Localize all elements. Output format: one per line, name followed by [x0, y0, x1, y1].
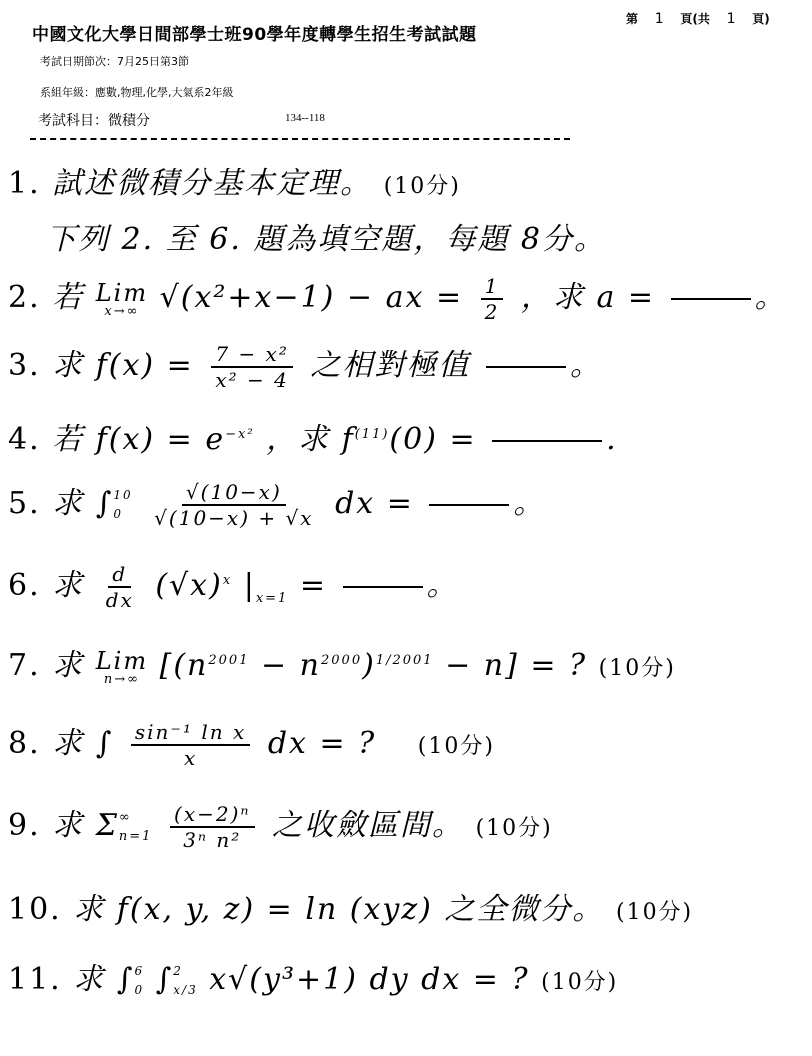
expression: − n: [249, 648, 321, 683]
denominator: √(10−x) + √x: [150, 506, 317, 530]
question-points: (10分): [384, 174, 461, 199]
upper-limit: 2: [173, 962, 197, 981]
exam-title: 中國文化大學日間部學士班90學年度轉學生招生考試試題: [32, 20, 477, 45]
upper-limit: 10: [113, 486, 132, 505]
question-number: 6.: [8, 568, 41, 603]
expression: 求 f(x) =: [52, 348, 194, 383]
fraction: 7 − x² x² − 4: [211, 342, 293, 392]
question-6: 6. 求 d dx (√x)x |x=1 = 。: [8, 560, 459, 612]
question-text: 求: [52, 648, 84, 683]
evaluation-bar: |: [244, 568, 256, 603]
question-text: 求: [52, 568, 84, 603]
header-divider: [30, 138, 570, 140]
sum-limits: ∞n=1: [119, 808, 153, 847]
page-info: 第 1 頁(共 1 頁): [626, 10, 770, 27]
limit-sub: n→∞: [104, 673, 140, 686]
numerator: √(10−x): [182, 480, 286, 506]
limit-label: Lim: [96, 649, 148, 673]
exponent: −x²: [225, 427, 254, 442]
numerator: 7 − x²: [211, 342, 293, 368]
integral-sign: ∫: [156, 962, 174, 997]
question-7: 7. 求 Lim n→∞ [(n2001 − n2000)1/2001 − n]…: [8, 640, 676, 686]
exam-subject: 考試科目：微積分: [38, 110, 150, 130]
fill-in-instruction: 下列 2. 至 6. 題為填空題，每題 8分。: [46, 214, 606, 258]
upper-limit: ∞: [119, 808, 153, 828]
denominator: x² − 4: [211, 368, 293, 392]
question-text: 之收斂區間。: [272, 808, 464, 843]
equals: =: [300, 568, 327, 603]
question-text: 試述微積分基本定理。: [52, 166, 372, 201]
derivative-fraction: d dx: [102, 562, 138, 612]
answer-blank: [429, 504, 509, 506]
question-10: 10. 求 f(x, y, z) = ln (xyz) 之全微分。 (10分): [8, 884, 693, 928]
question-points: (10分): [599, 656, 676, 681]
question-8: 8. 求 ∫ sin⁻¹ ln x x dx = ? (10分): [8, 718, 495, 770]
expression: (0) =: [389, 422, 476, 457]
question-text: 若: [52, 280, 84, 315]
exponent: x: [223, 573, 232, 588]
limit-label: Lim: [96, 281, 148, 305]
limit: Lim x→∞: [96, 281, 148, 318]
fraction: √(10−x) √(10−x) + √x: [150, 480, 317, 530]
question-5: 5. 求 ∫100 √(10−x) √(10−x) + √x dx = 。: [8, 478, 545, 530]
denominator: 3ⁿ n²: [179, 828, 245, 852]
answer-blank: [671, 298, 751, 300]
question-text: 之相對極值: [310, 348, 470, 383]
answer-blank: [343, 586, 423, 588]
integral-limits: 100: [113, 486, 132, 524]
lower-limit: n=1: [119, 827, 153, 847]
numerator: (x−2)ⁿ: [170, 802, 254, 828]
limit: Lim n→∞: [96, 649, 148, 686]
evaluation-point: x=1: [256, 591, 289, 606]
question-number: 11.: [8, 962, 62, 997]
integral-sign: 求 ∫: [73, 962, 134, 997]
expression: √(x²+x−1) − ax =: [160, 280, 463, 315]
question-points: (10分): [418, 734, 495, 759]
departments: 系組年級：應數,物理,化學,大氣系2年級: [40, 84, 234, 100]
expression: dx =: [335, 486, 414, 521]
question-3: 3. 求 f(x) = 7 − x² x² − 4 之相對極值 。: [8, 340, 602, 392]
lower-limit: 0: [134, 981, 144, 1000]
expression: ，求 f: [266, 422, 355, 457]
answer-blank: [492, 440, 602, 442]
expression: dx = ?: [268, 726, 376, 761]
answer-blank: [486, 366, 566, 368]
derivative-order: (11): [355, 427, 390, 442]
lower-limit: 0: [113, 505, 132, 524]
fraction: sin⁻¹ ln x x: [131, 720, 250, 770]
exponent: 2001: [208, 653, 249, 668]
page-middle: 頁(共: [680, 12, 710, 26]
expression: 若 f(x) = e: [52, 422, 225, 457]
question-points: (10分): [541, 970, 618, 995]
expression: [(n: [160, 648, 209, 683]
question-text: 求 f(x, y, z) = ln (xyz) 之全微分。: [73, 892, 604, 927]
exponent: 2000: [321, 653, 362, 668]
sum-sign: 求 Σ: [52, 808, 119, 843]
numerator: 1: [481, 274, 504, 300]
fraction: (x−2)ⁿ 3ⁿ n²: [170, 802, 254, 852]
question-text: ，求 a =: [521, 280, 655, 315]
question-number: 5.: [8, 486, 41, 521]
question-11: 11. 求 ∫60 ∫2x/3 x√(y³+1) dy dx = ? (10分): [8, 954, 618, 1000]
expression: − n] = ?: [434, 648, 588, 683]
page-prefix: 第: [626, 12, 638, 26]
integral-sign: 求 ∫: [52, 486, 113, 521]
denominator: dx: [102, 588, 138, 612]
fraction: 1 2: [481, 274, 504, 324]
question-number: 9.: [8, 808, 41, 843]
question-points: (10分): [616, 900, 693, 925]
question-2: 2. 若 Lim x→∞ √(x²+x−1) − ax = 1 2 ，求 a =…: [8, 272, 787, 324]
question-4: 4. 若 f(x) = e−x² ，求 f(11)(0) = .: [8, 414, 618, 458]
question-number: 1.: [8, 166, 41, 201]
page-total: 1: [714, 11, 748, 27]
numerator: sin⁻¹ ln x: [131, 720, 250, 746]
numerator: d: [108, 562, 131, 588]
question-points: (10分): [476, 816, 553, 841]
denominator: 2: [481, 300, 504, 324]
page-suffix: 頁): [752, 12, 770, 26]
exam-code: 134--118: [285, 112, 325, 124]
lower-limit: x/3: [173, 981, 197, 1000]
expression: (√x): [155, 568, 222, 603]
denominator: x: [180, 746, 201, 770]
upper-limit: 6: [134, 962, 144, 981]
question-1: 1. 試述微積分基本定理。 (10分): [8, 158, 461, 202]
expression: ): [362, 648, 376, 683]
question-number: 2.: [8, 280, 41, 315]
integral-sign: 求 ∫: [52, 726, 113, 761]
inner-limits: 2x/3: [173, 962, 197, 1000]
question-number: 10.: [8, 892, 62, 927]
outer-limits: 60: [134, 962, 144, 1000]
exam-date: 考試日期節次：7月25日第3節: [40, 53, 189, 69]
question-number: 4.: [8, 422, 41, 457]
question-9: 9. 求 Σ∞n=1 (x−2)ⁿ 3ⁿ n² 之收斂區間。 (10分): [8, 800, 553, 852]
page-current: 1: [642, 11, 676, 27]
limit-sub: x→∞: [104, 305, 139, 318]
expression: x√(y³+1) dy dx = ?: [209, 962, 529, 997]
question-number: 3.: [8, 348, 41, 383]
question-number: 7.: [8, 648, 41, 683]
exponent: 1/2001: [376, 653, 434, 668]
question-number: 8.: [8, 726, 41, 761]
